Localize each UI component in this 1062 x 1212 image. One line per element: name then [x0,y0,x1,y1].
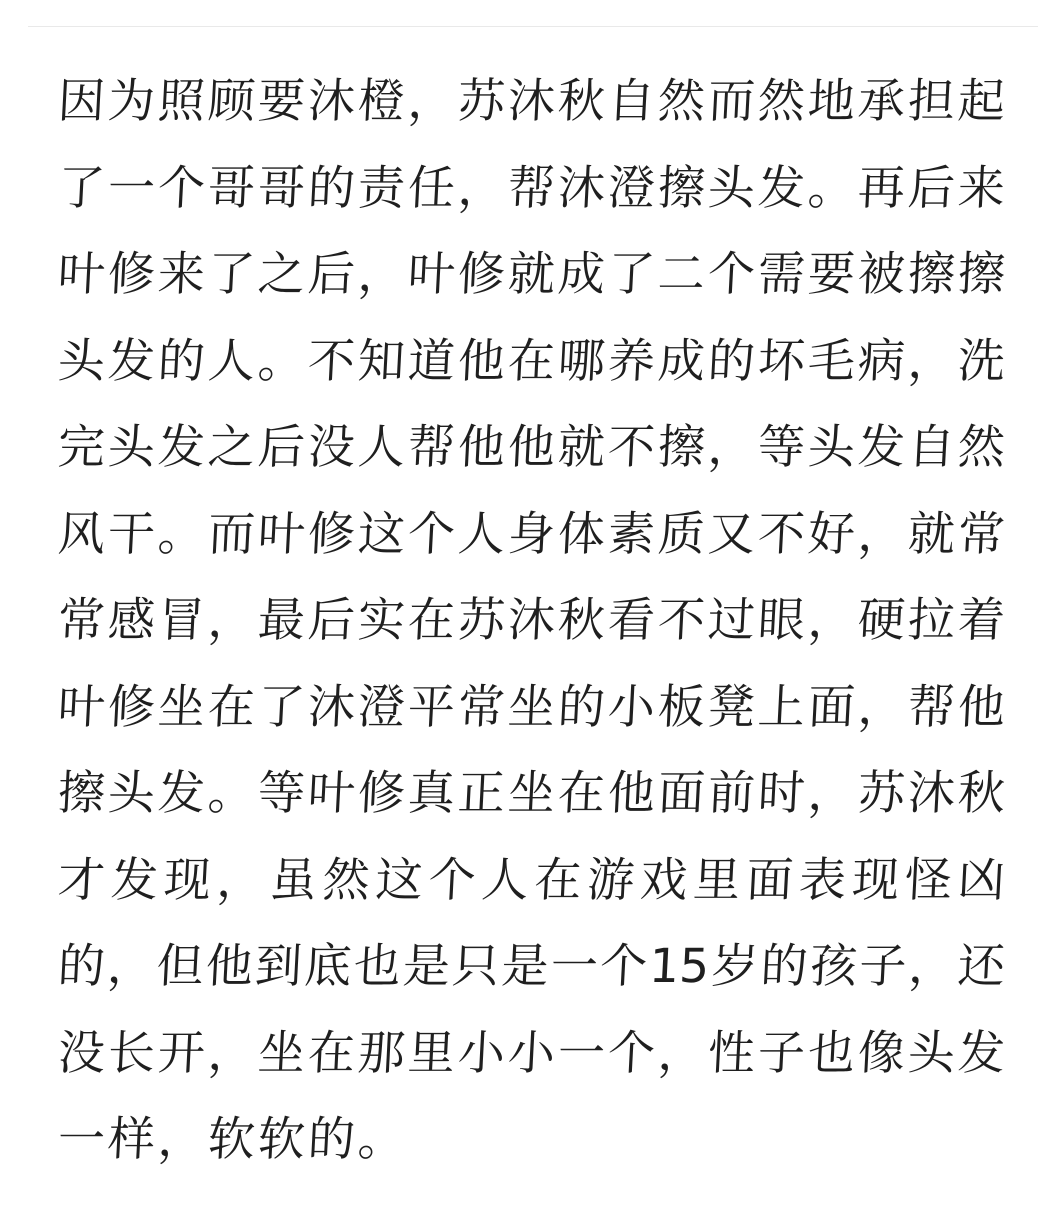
text-line: 头发的人。不知道他在哪养成的坏毛病，洗 [56,318,1008,405]
text-line: 才发现，虽然这个人在游戏里面表现怪凶 [56,837,1008,924]
page: 因为照顾要沐橙，苏沐秋自然而然地承担起了一个哥哥的责任，帮沐澄擦头发。再后来叶修… [0,0,1062,1212]
handwritten-text-body: 因为照顾要沐橙，苏沐秋自然而然地承担起了一个哥哥的责任，帮沐澄擦头发。再后来叶修… [58,58,1005,1183]
text-line: 了一个哥哥的责任，帮沐澄擦头发。再后来 [56,145,1008,232]
text-line: 风干。而叶修这个人身体素质又不好，就常 [56,491,1008,578]
text-line: 的，但他到底也是只是一个15岁的孩子，还 [56,923,1008,1010]
text-line: 擦头发。等叶修真正坐在他面前时，苏沐秋 [56,750,1008,837]
text-line: 完头发之后没人帮他他就不擦，等头发自然 [56,404,1008,491]
text-line: 叶修坐在了沐澄平常坐的小板凳上面，帮他 [56,664,1008,751]
text-line: 因为照顾要沐橙，苏沐秋自然而然地承担起 [56,58,1008,145]
text-line: 叶修来了之后，叶修就成了二个需要被擦擦 [56,231,1008,318]
text-line: 没长开，坐在那里小小一个，性子也像头发 [56,1010,1008,1097]
text-line: 常感冒，最后实在苏沐秋看不过眼，硬拉着 [56,577,1008,664]
text-line: 一样，软软的。 [56,1096,1008,1183]
top-divider [28,26,1038,27]
